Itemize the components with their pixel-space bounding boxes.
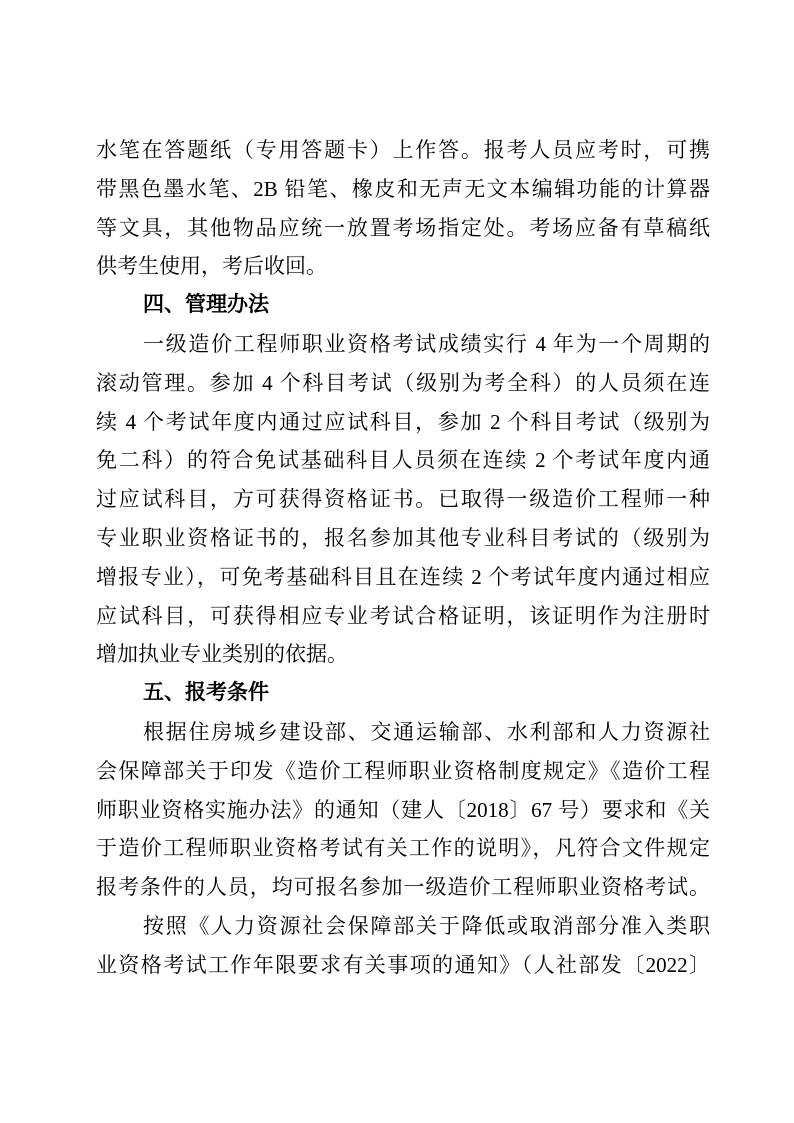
body-line: 师职业资格实施办法》的通知（建人〔2018〕67 号）要求和《关 [96, 791, 710, 830]
body-line: 增加执业专业类别的依据。 [96, 635, 710, 674]
body-line: 应试科目，可获得相应专业考试合格证明，该证明作为注册时 [96, 597, 710, 636]
body-line: 供考生使用，考后收回。 [96, 247, 710, 286]
body-line: 会保障部关于印发《造价工程师职业资格制度规定》《造价工程 [96, 752, 710, 791]
body-line: 滚动管理。参加 4 个科目考试（级别为考全科）的人员须在连 [96, 364, 710, 403]
body-line: 按照《人力资源社会保障部关于降低或取消部分准入类职 [96, 907, 710, 946]
body-line: 水笔在答题纸（专用答题卡）上作答。报考人员应考时，可携 [96, 131, 710, 170]
body-line: 业资格考试工作年限要求有关事项的通知》（人社部发〔2022〕 [96, 946, 710, 985]
body-line: 于造价工程师职业资格考试有关工作的说明》，凡符合文件规定 [96, 829, 710, 868]
body-line: 续 4 个考试年度内通过应试科目，参加 2 个科目考试（级别为 [96, 403, 710, 442]
body-line: 过应试科目，方可获得资格证书。已取得一级造价工程师一种 [96, 480, 710, 519]
body-line: 增报专业），可免考基础科目且在连续 2 个考试年度内通过相应 [96, 558, 710, 597]
body-line: 报考条件的人员，均可报名参加一级造价工程师职业资格考试。 [96, 868, 710, 907]
body-line: 带黑色墨水笔、2B 铅笔、橡皮和无声无文本编辑功能的计算器 [96, 170, 710, 209]
section-heading: 四、管理办法 [96, 286, 710, 325]
body-line: 免二科）的符合免试基础科目人员须在连续 2 个考试年度内通 [96, 441, 710, 480]
body-line: 专业职业资格证书的，报名参加其他专业科目考试的（级别为 [96, 519, 710, 558]
section-heading: 五、报考条件 [96, 674, 710, 713]
document-page: 水笔在答题纸（专用答题卡）上作答。报考人员应考时，可携 带黑色墨水笔、2B 铅笔… [0, 0, 794, 1123]
body-line: 一级造价工程师职业资格考试成绩实行 4 年为一个周期的 [96, 325, 710, 364]
body-line: 等文具，其他物品应统一放置考场指定处。考场应备有草稿纸 [96, 209, 710, 248]
document-text: 水笔在答题纸（专用答题卡）上作答。报考人员应考时，可携 带黑色墨水笔、2B 铅笔… [96, 131, 710, 985]
body-line: 根据住房城乡建设部、交通运输部、水利部和人力资源社 [96, 713, 710, 752]
